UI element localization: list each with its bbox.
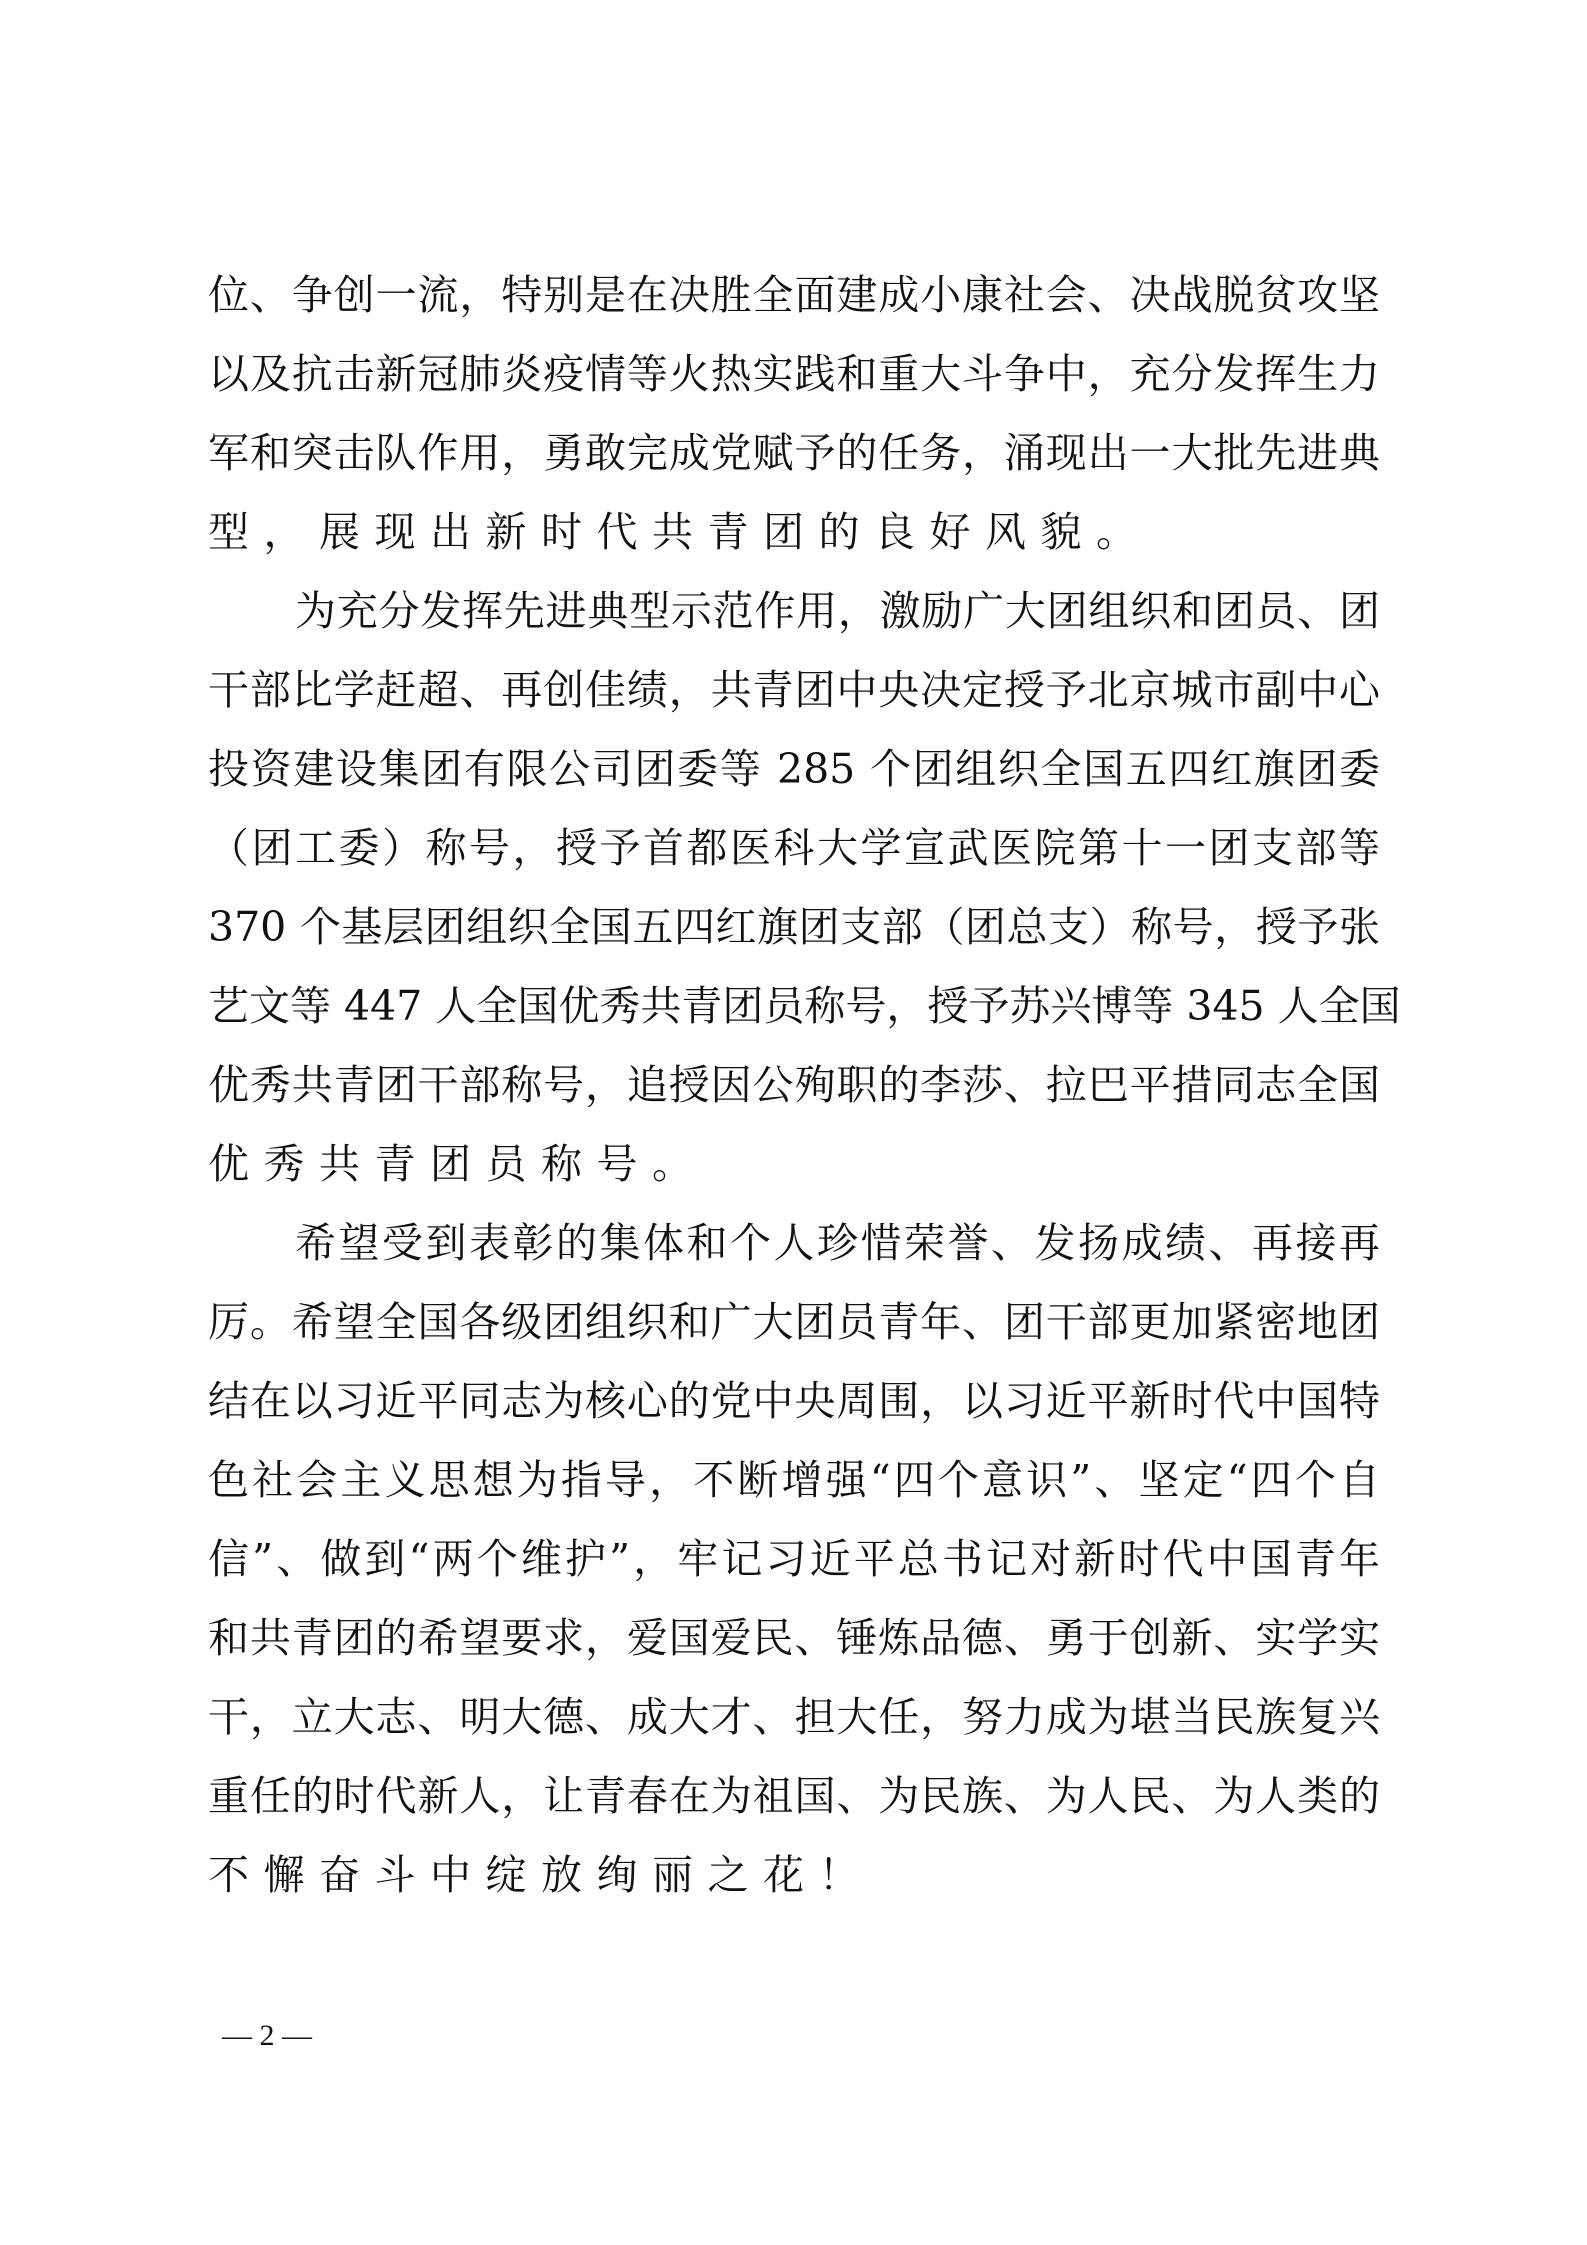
text-line: （团工委）称号，授予首都医科大学宣武医院第十一团支部等 — [208, 809, 1380, 888]
text-line: 为充分发挥先进典型示范作用，激励广大团组织和团员、团 — [208, 572, 1380, 651]
text-line: 型，展现出新时代共青团的良好风貌。 — [208, 493, 1380, 572]
document-page: 位、争创一流，特别是在决胜全面建成小康社会、决战脱贫攻坚 以及抗击新冠肺炎疫情等… — [0, 0, 1587, 2245]
text-line: 干部比学赶超、再创佳绩，共青团中央决定授予北京城市副中心 — [208, 651, 1380, 730]
text-line: 艺文等 447 人全国优秀共青团员称号，授予苏兴博等 345 人全国 — [208, 967, 1380, 1046]
text-line: 厉。希望全国各级团组织和广大团员青年、团干部更加紧密地团 — [208, 1283, 1380, 1362]
text-line: 希望受到表彰的集体和个人珍惜荣誉、发扬成绩、再接再 — [208, 1204, 1380, 1283]
paragraph-1: 位、争创一流，特别是在决胜全面建成小康社会、决战脱贫攻坚 以及抗击新冠肺炎疫情等… — [208, 256, 1380, 572]
text-line: 优秀共青团干部称号，追授因公殉职的李莎、拉巴平措同志全国 — [208, 1046, 1380, 1125]
text-line: 军和突击队作用，勇敢完成党赋予的任务，涌现出一大批先进典 — [208, 414, 1380, 493]
text-line: 重任的时代新人，让青春在为祖国、为民族、为人民、为人类的 — [208, 1757, 1380, 1836]
text-line: 和共青团的希望要求，爱国爱民、锤炼品德、勇于创新、实学实 — [208, 1599, 1380, 1678]
text-line: 结在以习近平同志为核心的党中央周围，以习近平新时代中国特 — [208, 1362, 1380, 1441]
text-line: 位、争创一流，特别是在决胜全面建成小康社会、决战脱贫攻坚 — [208, 256, 1380, 335]
text-line: 不懈奋斗中绽放绚丽之花！ — [208, 1836, 1380, 1915]
text-line: 优秀共青团员称号。 — [208, 1125, 1380, 1204]
paragraph-3: 希望受到表彰的集体和个人珍惜荣誉、发扬成绩、再接再 厉。希望全国各级团组织和广大… — [208, 1204, 1380, 1915]
page-number: — 2 — — [222, 2016, 312, 2056]
text-line: 干，立大志、明大德、成大才、担大任，努力成为堪当民族复兴 — [208, 1678, 1380, 1757]
text-line: 投资建设集团有限公司团委等 285 个团组织全国五四红旗团委 — [208, 730, 1380, 809]
text-line: 色社会主义思想为指导，不断增强“四个意识”、坚定“四个自 — [208, 1441, 1380, 1520]
text-line: 370 个基层团组织全国五四红旗团支部（团总支）称号，授予张 — [208, 888, 1380, 967]
document-body: 位、争创一流，特别是在决胜全面建成小康社会、决战脱贫攻坚 以及抗击新冠肺炎疫情等… — [208, 256, 1380, 1915]
text-line: 信”、做到“两个维护”，牢记习近平总书记对新时代中国青年 — [208, 1520, 1380, 1599]
paragraph-2: 为充分发挥先进典型示范作用，激励广大团组织和团员、团 干部比学赶超、再创佳绩，共… — [208, 572, 1380, 1204]
text-line: 以及抗击新冠肺炎疫情等火热实践和重大斗争中，充分发挥生力 — [208, 335, 1380, 414]
